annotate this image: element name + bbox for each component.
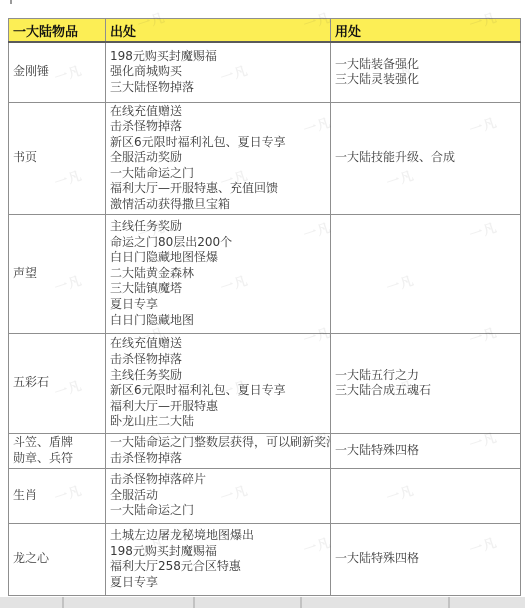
sheet-cell-divider xyxy=(62,597,64,608)
source-cell: 在线充值赠送击杀怪物掉落主线任务奖励新区6元限时福利礼包、夏日专享福利大厅—开服… xyxy=(106,333,331,433)
cell-line: 全服活动 xyxy=(110,488,326,504)
item-cell: 生肖 xyxy=(9,468,106,523)
item-cell: 斗笠、盾牌勋章、兵符 xyxy=(9,433,106,468)
header-cell-use: 用处 xyxy=(331,19,521,43)
sheet-cell-divider xyxy=(193,597,195,608)
source-cell: 在线充值赠送击杀怪物掉落新区6元限时福利礼包、夏日专享全服活动奖励一大陆命运之门… xyxy=(106,102,331,214)
item-cell: 龙之心 xyxy=(9,523,106,595)
cell-line: 龙之心 xyxy=(13,551,101,567)
cell-line: 在线充值赠送 xyxy=(110,336,326,352)
cell-line: 命运之门80层出200个 xyxy=(110,235,326,251)
cell-line: 夏日专享 xyxy=(110,575,326,591)
cell-line: 生肖 xyxy=(13,488,101,504)
table-row: 斗笠、盾牌勋章、兵符一大陆命运之门整数层获得，可以刷新奖池击杀怪物掉落一大陆特殊… xyxy=(9,433,521,468)
item-cell: 声望 xyxy=(9,214,106,333)
cell-line: 击杀怪物掉落 xyxy=(110,119,326,135)
cell-line: 金刚锤 xyxy=(13,64,101,80)
stray-cell-border xyxy=(10,0,12,4)
cell-line: 激情活动获得撒旦宝箱 xyxy=(110,197,326,213)
cell-line: 福利大厅—开服特惠、充值回馈 xyxy=(110,181,326,197)
use-cell: 一大陆特殊四格 xyxy=(331,433,521,468)
cell-line: 一大陆命运之门 xyxy=(110,503,326,519)
cell-line: 在线充值赠送 xyxy=(110,104,326,120)
use-cell: 一大陆五行之力三大陆合成五魂石 xyxy=(331,333,521,433)
sheet-cell-divider xyxy=(448,597,450,608)
cell-line: 强化商城购买 xyxy=(110,64,326,80)
cell-line: 勋章、兵符 xyxy=(13,451,101,467)
cell-line: 击杀怪物掉落 xyxy=(110,352,326,368)
cell-line: 全服活动奖励 xyxy=(110,150,326,166)
cell-line: 一大陆特殊四格 xyxy=(335,443,516,459)
table-row: 五彩石在线充值赠送击杀怪物掉落主线任务奖励新区6元限时福利礼包、夏日专享福利大厅… xyxy=(9,333,521,433)
cell-line: 一大陆特殊四格 xyxy=(335,551,516,567)
source-cell: 主线任务奖励命运之门80层出200个白日门隐藏地图怪爆二大陆黄金森林三大陆镇魔塔… xyxy=(106,214,331,333)
header-cell-item: 一大陆物品 xyxy=(9,19,106,43)
sheet-cell-divider xyxy=(300,597,302,608)
use-cell: 一大陆装备强化三大陆灵装强化 xyxy=(331,42,521,102)
cell-line: 夏日专享 xyxy=(110,297,326,313)
source-cell: 土城左边屠龙秘境地图爆出198元购买封魔赐福福利大厅258元合区特惠夏日专享 xyxy=(106,523,331,595)
sheet-grid-strip xyxy=(0,597,525,608)
cell-line: 声望 xyxy=(13,266,101,282)
cell-line: 198元购买封魔赐福 xyxy=(110,544,326,560)
cell-line: 一大陆命运之门 xyxy=(110,166,326,182)
cell-line: 福利大厅—开服特惠 xyxy=(110,399,326,415)
cell-line: 198元购买封魔赐福 xyxy=(110,49,326,65)
cell-line: 三大陆合成五魂石 xyxy=(335,383,516,399)
cell-line: 新区6元限时福利礼包、夏日专享 xyxy=(110,383,326,399)
cell-line: 土城左边屠龙秘境地图爆出 xyxy=(110,528,326,544)
cell-line: 五彩石 xyxy=(13,375,101,391)
table-body: 金刚锤198元购买封魔赐福强化商城购买三大陆怪物掉落一大陆装备强化三大陆灵装强化… xyxy=(9,42,521,595)
table-row: 生肖击杀怪物掉落碎片全服活动一大陆命运之门 xyxy=(9,468,521,523)
use-cell xyxy=(331,468,521,523)
cell-line: 书页 xyxy=(13,150,101,166)
header-cell-source: 出处 xyxy=(106,19,331,43)
cell-line: 三大陆怪物掉落 xyxy=(110,80,326,96)
use-cell: 一大陆技能升级、合成 xyxy=(331,102,521,214)
source-cell: 击杀怪物掉落碎片全服活动一大陆命运之门 xyxy=(106,468,331,523)
cell-line: 卧龙山庄二大陆 xyxy=(110,414,326,430)
table-row: 书页在线充值赠送击杀怪物掉落新区6元限时福利礼包、夏日专享全服活动奖励一大陆命运… xyxy=(9,102,521,214)
cell-line: 新区6元限时福利礼包、夏日专享 xyxy=(110,135,326,151)
cell-line: 白日门隐藏地图 xyxy=(110,313,326,329)
item-cell: 金刚锤 xyxy=(9,42,106,102)
cell-line: 福利大厅258元合区特惠 xyxy=(110,559,326,575)
item-cell: 五彩石 xyxy=(9,333,106,433)
cell-line: 三大陆镇魔塔 xyxy=(110,281,326,297)
cell-line: 二大陆黄金森林 xyxy=(110,266,326,282)
cell-line: 一大陆技能升级、合成 xyxy=(335,150,516,166)
cell-line: 一大陆命运之门整数层获得，可以刷新奖池 xyxy=(110,435,326,451)
use-cell xyxy=(331,214,521,333)
cell-line: 白日门隐藏地图怪爆 xyxy=(110,250,326,266)
use-cell: 一大陆特殊四格 xyxy=(331,523,521,595)
cell-line: 一大陆装备强化 xyxy=(335,57,516,73)
header-row: 一大陆物品 出处 用处 xyxy=(9,19,521,43)
table-row: 龙之心土城左边屠龙秘境地图爆出198元购买封魔赐福福利大厅258元合区特惠夏日专… xyxy=(9,523,521,595)
cell-line: 主线任务奖励 xyxy=(110,368,326,384)
cell-line: 主线任务奖励 xyxy=(110,219,326,235)
table-row: 声望主线任务奖励命运之门80层出200个白日门隐藏地图怪爆二大陆黄金森林三大陆镇… xyxy=(9,214,521,333)
cell-line: 三大陆灵装强化 xyxy=(335,72,516,88)
cell-line: 斗笠、盾牌 xyxy=(13,435,101,451)
cell-line: 击杀怪物掉落碎片 xyxy=(110,472,326,488)
source-cell: 198元购买封魔赐福强化商城购买三大陆怪物掉落 xyxy=(106,42,331,102)
item-cell: 书页 xyxy=(9,102,106,214)
items-table: 一大陆物品 出处 用处 金刚锤198元购买封魔赐福强化商城购买三大陆怪物掉落一大… xyxy=(8,18,521,596)
cell-line: 击杀怪物掉落 xyxy=(110,451,326,467)
cell-line: 一大陆五行之力 xyxy=(335,368,516,384)
source-cell: 一大陆命运之门整数层获得，可以刷新奖池击杀怪物掉落 xyxy=(106,433,331,468)
table-row: 金刚锤198元购买封魔赐福强化商城购买三大陆怪物掉落一大陆装备强化三大陆灵装强化 xyxy=(9,42,521,102)
